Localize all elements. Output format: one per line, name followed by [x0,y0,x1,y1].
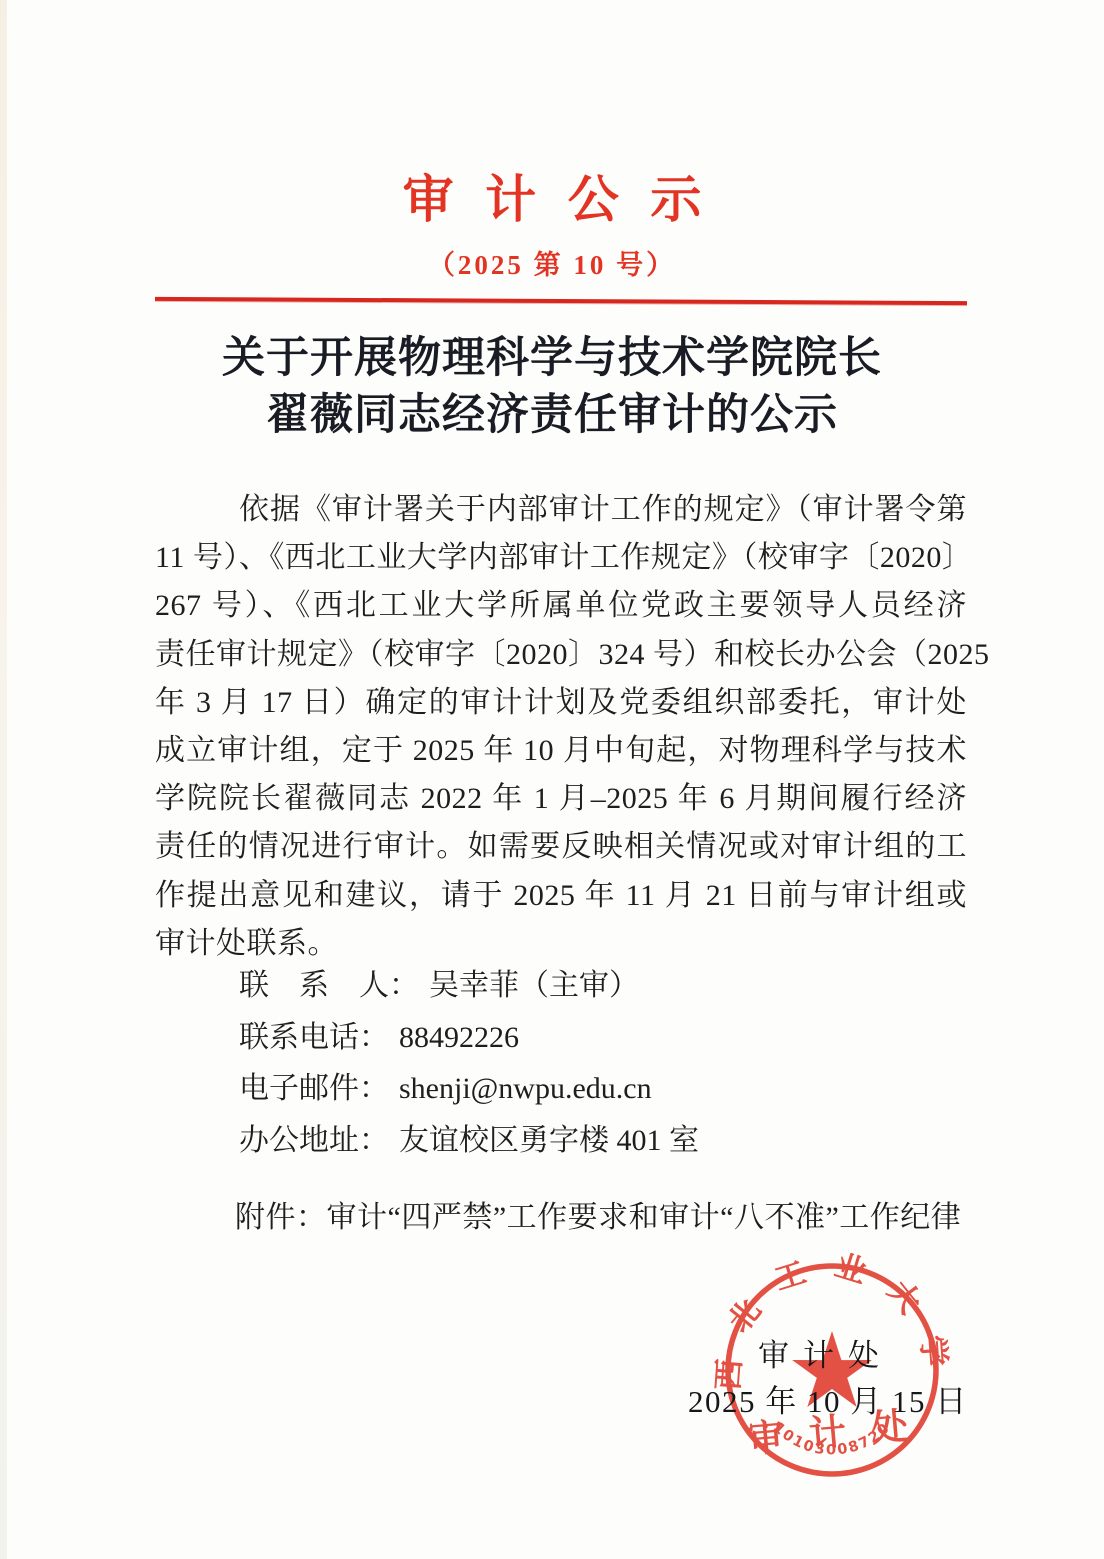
body-line: 依据《审计署关于内部审计工作的规定》（审计署令第 [155,486,967,534]
scan-edge-shadow [0,0,7,1559]
audit-notice-page: 审计公示 （2025 第 10 号） 关于开展物理科学与技术学院院长 翟薇同志经… [0,0,1104,1559]
document-heading: 关于开展物理科学与技术学院院长 翟薇同志经济责任审计的公示 [0,330,1104,444]
contact-address-line: 办公地址：友谊校区勇字楼 401 室 [239,1115,979,1167]
body-line: 责任审计规定》（校审字〔2020〕324 号）和校长办公会（2025 [155,631,967,679]
notice-title: 审计公示 [0,158,1104,232]
contact-person-value: 吴幸菲（主审） [429,969,639,1002]
contact-person-label: 联 系 人： [239,969,419,1002]
body-paragraph: 依据《审计署关于内部审计工作的规定》（审计署令第 11 号）、《西北工业大学内部… [155,486,967,968]
body-line: 学院院长翟薇同志 2022 年 1 月–2025 年 6 月期间履行经济 [155,775,967,823]
body-line: 11 号）、《西北工业大学内部审计工作规定》（校审字〔2020〕 [155,534,967,582]
heading-line-1: 关于开展物理科学与技术学院院长 [0,330,1104,387]
red-divider-rule [155,297,967,305]
contact-block: 联 系 人：吴幸菲（主审） 联系电话：88492226 电子邮件：shenji@… [239,960,979,1166]
body-line: 成立审计组，定于 2025 年 10 月中旬起，对物理科学与技术 [155,727,967,775]
contact-address-value: 友谊校区勇字楼 401 室 [399,1124,699,1157]
heading-line-2: 翟薇同志经济责任审计的公示 [0,387,1104,444]
notice-number: （2025 第 10 号） [0,243,1104,282]
contact-email-line: 电子邮件：shenji@nwpu.edu.cn [239,1063,979,1115]
body-line: 267 号）、《西北工业大学所属单位党政主要领导人员经济 [155,582,967,630]
contact-phone-line: 联系电话：88492226 [239,1012,979,1064]
signature-date: 2025 年 10 月 15 日 [688,1376,968,1421]
contact-phone-value: 88492226 [399,1021,519,1054]
contact-person-line: 联 系 人：吴幸菲（主审） [239,960,979,1012]
body-line: 作提出意见和建议，请于 2025 年 11 月 21 日前与审计组或 [155,872,967,920]
contact-phone-label: 联系电话： [239,1021,389,1054]
signature-department: 审计处 [758,1330,893,1375]
body-line: 年 3 月 17 日）确定的审计计划及党委组织部委托，审计处 [155,679,967,727]
contact-address-label: 办公地址： [239,1124,389,1157]
body-line: 责任的情况进行审计。如需要反映相关情况或对审计组的工 [155,823,967,871]
contact-email-value: shenji@nwpu.edu.cn [399,1072,652,1105]
contact-email-label: 电子邮件： [239,1072,389,1105]
attachment-line: 附件：审计“四严禁”工作要求和审计“八不准”工作纪律 [155,1192,1015,1236]
